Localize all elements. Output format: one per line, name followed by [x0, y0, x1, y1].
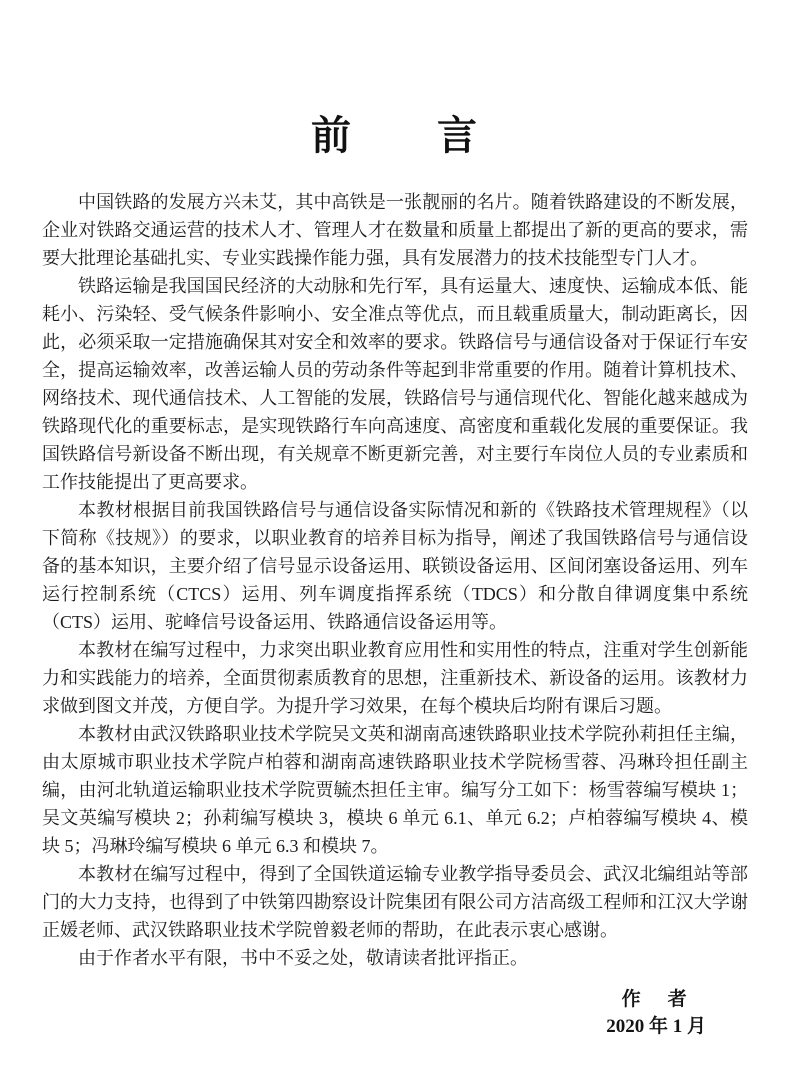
paragraph-4: 本教材在编写过程中，力求突出职业教育应用性和实用性的特点，注重对学生创新能力和实… [42, 636, 748, 720]
page-title: 前 言 [42, 0, 748, 168]
preface-body: 中国铁路的发展方兴未艾，其中高铁是一张靓丽的名片。随着铁路建设的不断发展，企业对… [42, 188, 748, 972]
paragraph-6: 本教材在编写过程中，得到了全国铁道运输专业教学指导委员会、武汉北编组站等部门的大… [42, 860, 748, 944]
preface-page: 前 言 中国铁路的发展方兴未艾，其中高铁是一张靓丽的名片。随着铁路建设的不断发展… [0, 0, 790, 1077]
paragraph-3: 本教材根据目前我国铁路信号与通信设备实际情况和新的《铁路技术管理规程》（以下简称… [42, 496, 748, 636]
paragraph-5: 本教材由武汉铁路职业技术学院吴文英和湖南高速铁路职业技术学院孙莉担任主编，由太原… [42, 720, 748, 860]
signature-author: 作 者 [606, 986, 706, 1013]
paragraph-1: 中国铁路的发展方兴未艾，其中高铁是一张靓丽的名片。随着铁路建设的不断发展，企业对… [42, 188, 748, 272]
signature-block: 作 者 2020 年 1 月 [42, 986, 748, 1040]
signature-inner: 作 者 2020 年 1 月 [606, 986, 706, 1040]
paragraph-7: 由于作者水平有限，书中不妥之处，敬请读者批评指正。 [42, 944, 748, 972]
signature-date: 2020 年 1 月 [606, 1013, 706, 1040]
paragraph-2: 铁路运输是我国国民经济的大动脉和先行军，具有运量大、速度快、运输成本低、能耗小、… [42, 272, 748, 496]
